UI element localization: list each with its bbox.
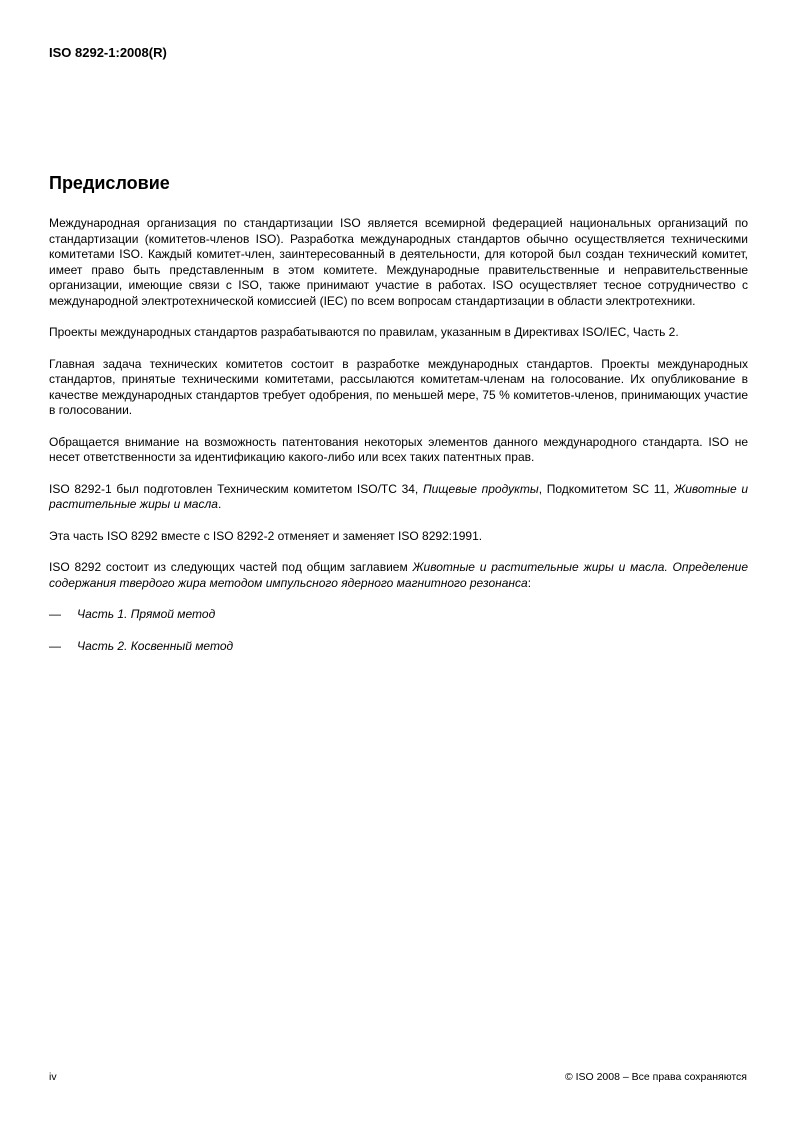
copyright-notice: © ISO 2008 – Все права сохраняются [565,1071,747,1084]
body-text: ISO 8292-1 был подготовлен Техническим к… [49,482,423,496]
list-dash: — [49,639,77,655]
body-text: , Подкомитетом SC 11, [539,482,674,496]
paragraph: Главная задача технических комитетов сос… [49,357,748,419]
body-text: . [218,497,221,511]
page-number: iv [49,1071,57,1084]
page-title: Предисловие [49,172,748,194]
page-footer: iv © ISO 2008 – Все права сохраняются [49,1071,747,1084]
list-item: —Часть 1. Прямой метод [49,607,748,623]
body-text: Главная задача технических комитетов сос… [49,357,748,418]
list-item: —Часть 2. Косвенный метод [49,639,748,655]
body-text: Международная организация по стандартиза… [49,216,748,308]
body-text: ISO 8292 состоит из следующих частей под… [49,560,413,574]
body-text: Обращается внимание на возможность патен… [49,435,748,465]
paragraph: ISO 8292 состоит из следующих частей под… [49,560,748,591]
list-item-text: Часть 2. Косвенный метод [77,639,233,655]
document-reference-header: ISO 8292-1:2008(R) [49,45,167,60]
italic-text: Пищевые продукты [423,482,539,496]
list-item-text: Часть 1. Прямой метод [77,607,215,623]
paragraph: ISO 8292-1 был подготовлен Техническим к… [49,482,748,513]
paragraph: Эта часть ISO 8292 вместе с ISO 8292-2 о… [49,529,748,545]
paragraph: Международная организация по стандартиза… [49,216,748,309]
body-text: Эта часть ISO 8292 вместе с ISO 8292-2 о… [49,529,482,543]
page-content: Предисловие Международная организация по… [49,172,748,670]
foreword-paragraphs: Международная организация по стандартиза… [49,216,748,591]
body-text: Проекты международных стандартов разраба… [49,325,679,339]
body-text: : [528,576,531,590]
parts-list: —Часть 1. Прямой метод—Часть 2. Косвенны… [49,607,748,654]
list-dash: — [49,607,77,623]
paragraph: Обращается внимание на возможность патен… [49,435,748,466]
document-page: ISO 8292-1:2008(R) Предисловие Междунаро… [0,0,793,1122]
paragraph: Проекты международных стандартов разраба… [49,325,748,341]
